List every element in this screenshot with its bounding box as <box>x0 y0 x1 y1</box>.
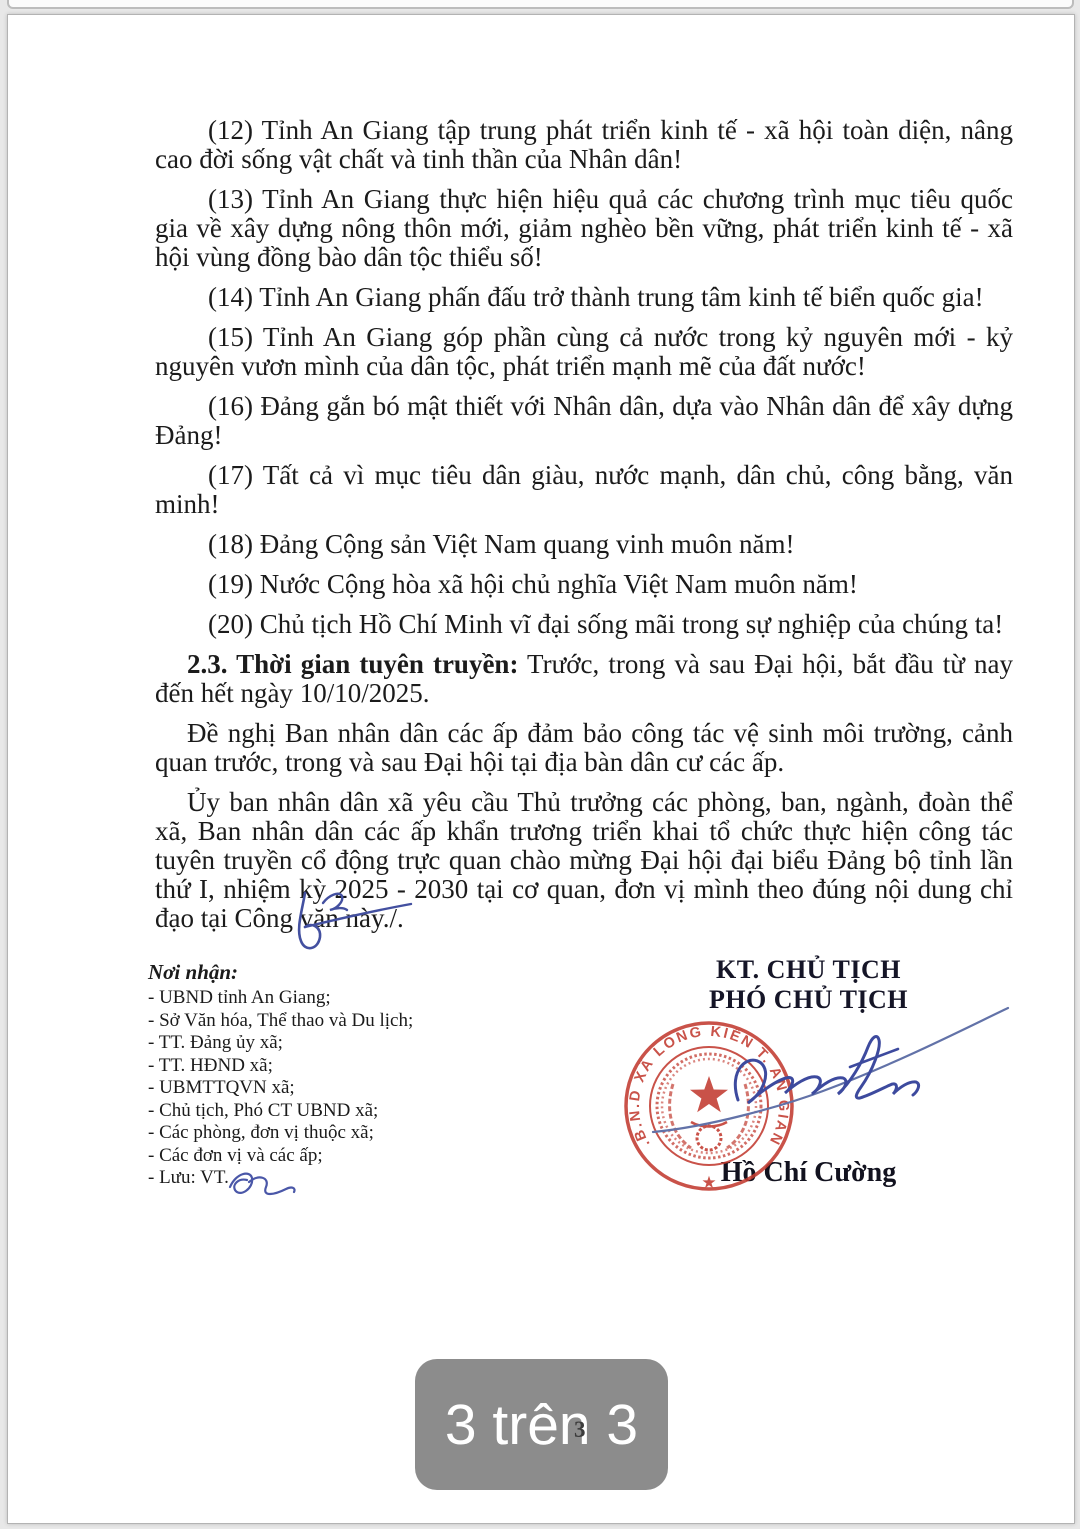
previous-page-edge <box>7 0 1074 9</box>
page-number: 3 <box>574 1417 586 1443</box>
recipient-item: - Sở Văn hóa, Thể thao và Du lịch; <box>148 1010 478 1033</box>
paragraph: (18) Đảng Cộng sản Việt Nam quang vinh m… <box>155 530 1013 559</box>
recipient-item: - TT. Đảng ủy xã; <box>148 1032 478 1055</box>
paragraph: (14) Tỉnh An Giang phấn đấu trở thành tr… <box>155 283 1013 312</box>
document-body: (12) Tỉnh An Giang tập trung phát triển … <box>155 116 1013 944</box>
recipients-block: Nơi nhận: - UBND tỉnh An Giang;- Sở Văn … <box>148 959 478 1190</box>
recipients-list: - UBND tỉnh An Giang;- Sở Văn hóa, Thể t… <box>148 987 478 1190</box>
handwritten-initial <box>283 877 483 967</box>
recipient-item: - Các đơn vị và các ấp; <box>148 1145 478 1168</box>
recipient-item: - UBMTTQVN xã; <box>148 1077 478 1100</box>
pdf-viewer[interactable]: (12) Tỉnh An Giang tập trung phát triển … <box>0 0 1080 1529</box>
page-indicator: 3 trên 3 <box>415 1359 668 1490</box>
paragraph: (19) Nước Cộng hòa xã hội chủ nghĩa Việt… <box>155 570 1013 599</box>
recipient-item: - TT. HĐND xã; <box>148 1055 478 1078</box>
recipient-item: - Chủ tịch, Phó CT UBND xã; <box>148 1100 478 1123</box>
paragraph: (20) Chủ tịch Hồ Chí Minh vĩ đại sống mã… <box>155 610 1013 639</box>
paragraph: (12) Tỉnh An Giang tập trung phát triển … <box>155 116 1013 174</box>
recipient-item: - Các phòng, đơn vị thuộc xã; <box>148 1122 478 1145</box>
paragraph: (16) Đảng gắn bó mật thiết với Nhân dân,… <box>155 392 1013 450</box>
handwritten-signature <box>568 975 1028 1145</box>
recipient-item: - UBND tỉnh An Giang; <box>148 987 478 1010</box>
paragraph: (15) Tỉnh An Giang góp phần cùng cả nước… <box>155 323 1013 381</box>
seal-bottom-star: ★ <box>701 1173 716 1192</box>
handwritten-mark <box>220 1165 320 1215</box>
paragraph: (17) Tất cả vì mục tiêu dân giàu, nước m… <box>155 461 1013 519</box>
paragraph: (13) Tỉnh An Giang thực hiện hiệu quả cá… <box>155 185 1013 272</box>
document-page: (12) Tỉnh An Giang tập trung phát triển … <box>7 14 1075 1524</box>
paragraph: Đề nghị Ban nhân dân các ấp đảm bảo công… <box>155 719 1013 777</box>
paragraph: 2.3. Thời gian tuyên truyền: Trước, tron… <box>155 650 1013 708</box>
